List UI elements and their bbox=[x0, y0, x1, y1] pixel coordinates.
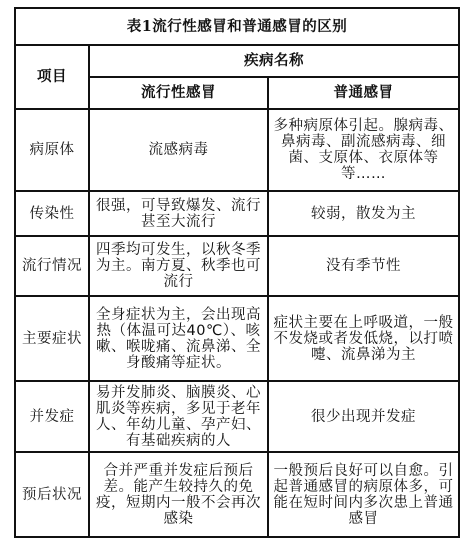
table-row: 预后状况 合并严重并发症后预后差。能产生较持久的免疫，短期内一般不会再次感染 一… bbox=[15, 452, 459, 537]
table-row: 传染性 很强，可导致爆发、流行甚至大流行 较弱，散发为主 bbox=[15, 191, 459, 236]
table-row: 流行情况 四季均可发生，以秋冬季为主。南方夏、秋季也可流行 没有季节性 bbox=[15, 236, 459, 296]
row-label: 预后状况 bbox=[15, 452, 89, 537]
table-row: 主要症状 全身症状为主，会出现高热（体温可达40℃）、咳嗽、喉咙痛、流鼻涕、全身… bbox=[15, 296, 459, 381]
header-common-cold: 普通感冒 bbox=[268, 77, 459, 109]
cell-common-cold: 症状主要在上呼吸道，一般不发烧或者发低烧，以打喷嚏、流鼻涕为主 bbox=[268, 296, 459, 381]
cell-common-cold: 没有季节性 bbox=[268, 236, 459, 296]
cell-influenza: 合并严重并发症后预后差。能产生较持久的免疫，短期内一般不会再次感染 bbox=[89, 452, 268, 537]
cell-influenza: 很强，可导致爆发、流行甚至大流行 bbox=[89, 191, 268, 236]
comparison-table: 表1流行性感冒和普通感冒的区别 项目 疾病名称 流行性感冒 普通感冒 病原体 流… bbox=[14, 7, 460, 538]
row-label: 流行情况 bbox=[15, 236, 89, 296]
cell-common-cold: 一般预后良好可以自愈。引起普通感冒的病原体多，可能在短时间内多次患上普通感冒 bbox=[268, 452, 459, 537]
cell-influenza: 四季均可发生，以秋冬季为主。南方夏、秋季也可流行 bbox=[89, 236, 268, 296]
cell-common-cold: 多种病原体引起。腺病毒、鼻病毒、副流感病毒、细菌、支原体、衣原体等等…… bbox=[268, 109, 459, 191]
table-title: 表1流行性感冒和普通感冒的区别 bbox=[15, 8, 459, 45]
row-label: 主要症状 bbox=[15, 296, 89, 381]
cell-common-cold: 很少出现并发症 bbox=[268, 381, 459, 452]
header-influenza: 流行性感冒 bbox=[89, 77, 268, 109]
header-item: 项目 bbox=[15, 45, 89, 109]
row-label: 并发症 bbox=[15, 381, 89, 452]
cell-influenza: 流感病毒 bbox=[89, 109, 268, 191]
table-row: 病原体 流感病毒 多种病原体引起。腺病毒、鼻病毒、副流感病毒、细菌、支原体、衣原… bbox=[15, 109, 459, 191]
row-label: 病原体 bbox=[15, 109, 89, 191]
cell-influenza: 易并发肺炎、脑膜炎、心肌炎等疾病，多见于老年人、年幼儿童、孕产妇、有基础疾病的人 bbox=[89, 381, 268, 452]
header-disease-name: 疾病名称 bbox=[89, 45, 459, 77]
cell-influenza: 全身症状为主，会出现高热（体温可达40℃）、咳嗽、喉咙痛、流鼻涕、全身酸痛等症状… bbox=[89, 296, 268, 381]
cell-common-cold: 较弱，散发为主 bbox=[268, 191, 459, 236]
row-label: 传染性 bbox=[15, 191, 89, 236]
table-row: 并发症 易并发肺炎、脑膜炎、心肌炎等疾病，多见于老年人、年幼儿童、孕产妇、有基础… bbox=[15, 381, 459, 452]
